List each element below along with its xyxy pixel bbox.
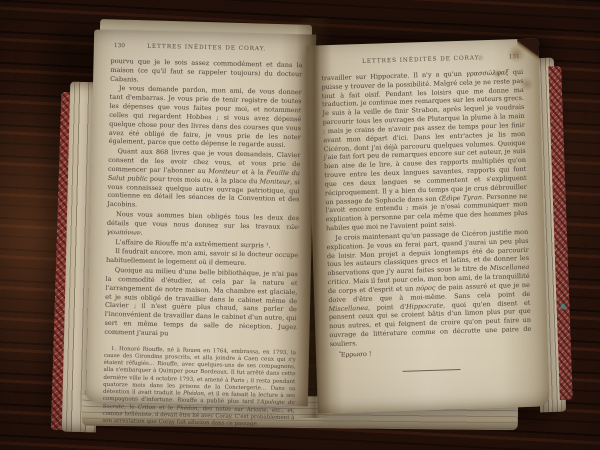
left-page-text: pourvu que je le sois assez commodément …	[104, 57, 302, 341]
left-page-number: 130	[114, 43, 125, 49]
footnote-text: 1. Honoré Riouffe, né à Rouen en 1764, e…	[102, 346, 296, 430]
section-rule	[403, 369, 461, 372]
paragraph: pourvu que je le sois assez commodément …	[110, 57, 303, 88]
paragraph: Nous vous sommes bien obligés tous les d…	[107, 210, 300, 241]
photo-of-open-book: 130 LETTRES INÉDITES DE CORAY. pourvu qu…	[0, 0, 600, 450]
right-page-text: travailler sur Hippocrate. Il n'y a qu'u…	[321, 68, 532, 360]
paragraph: travailler sur Hippocrate. Il n'y a qu'u…	[321, 68, 528, 233]
paragraph: Je crois maintenant qu'un passage de Cic…	[326, 228, 532, 349]
left-running-title: LETTRES INÉDITES DE CORAY.	[147, 44, 266, 53]
right-running-head: LETTRES INÉDITES DE CORAY. 131	[321, 54, 523, 66]
left-page: 130 LETTRES INÉDITES DE CORAY. pourvu qu…	[86, 30, 316, 407]
paragraph: Quoique au milieu d'une belle bibliothèq…	[104, 266, 298, 341]
torn-corner	[517, 38, 540, 66]
right-running-title: LETTRES INÉDITES DE CORAY.	[362, 55, 481, 65]
left-running-head: 130 LETTRES INÉDITES DE CORAY.	[111, 43, 303, 53]
right-page: LETTRES INÉDITES DE CORAY. 131 travaille…	[306, 38, 549, 413]
footnote: 1. Honoré Riouffe, né à Rouen en 1764, e…	[102, 346, 296, 430]
paragraph: Quant aux 868 livres que je vous demanda…	[107, 147, 300, 213]
paragraph: Je vous demande pardon, mon ami, de vous…	[109, 84, 302, 150]
